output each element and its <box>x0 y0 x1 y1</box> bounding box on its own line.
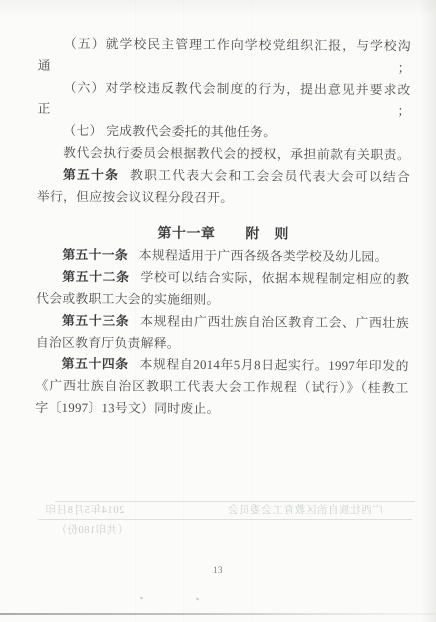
bleed-copies-text: （共印180份） <box>56 525 128 536</box>
scan-speck <box>140 597 144 600</box>
body-line: （五）就学校民主管理工作向学校党组织汇报，与学校沟通； <box>38 34 411 80</box>
bleed-rule-bottom <box>38 519 412 520</box>
article-number: 第五十一条 <box>62 248 128 262</box>
body-line: 第五十三条本规程由广西壮族自治区教育工会、广西壮族 <box>36 310 409 334</box>
body-line-text: 教职工代表大会和工会会员代表大会可以结合 <box>130 168 410 184</box>
article-number: 第五十二条 <box>62 270 129 284</box>
scan-speck <box>196 598 200 601</box>
body-line: 第五十四条本规程自2014年5月8日起实行。1997年印发的 <box>36 354 409 378</box>
body-line: 自治区教育厅负责解释。 <box>36 332 409 356</box>
body-line-text: 本规程自2014年5月8日起实行。1997年印发的 <box>140 358 409 374</box>
body-line: （七） 完成教代会委托的其他任务。 <box>37 121 410 145</box>
scan-streak <box>251 0 252 622</box>
body-line: 第五十一条本规程适用于广西各级各类学校及幼儿园。 <box>36 245 409 269</box>
scanned-document-page: （五）就学校民主管理工作向学校党组织汇报，与学校沟通； （六）对学校违反教代会制… <box>0 0 436 622</box>
page-bottom-edge <box>0 613 436 615</box>
document-body: （五）就学校民主管理工作向学校党组织汇报，与学校沟通； （六）对学校违反教代会制… <box>35 34 411 422</box>
body-line-text: 本规程由广西壮族自治区教育工会、广西壮族 <box>140 314 409 330</box>
body-line: 代会或教职工大会的实施细则。 <box>36 289 409 313</box>
body-line-text: 本规程适用于广西各级各类学校及幼儿园。 <box>139 249 388 265</box>
page-number: 13 <box>0 565 436 575</box>
scan-edge-shadow-right <box>420 0 436 622</box>
bleed-date-text: 2014年5月8日印 <box>45 503 125 519</box>
scan-edge-shadow-top <box>0 0 436 16</box>
body-line-text: 学校可以结合实际，依据本规程制定相应的教 <box>140 271 409 287</box>
chapter-heading: 第十一章附 则 <box>37 223 410 248</box>
body-line: 第五十条教职工代表大会和工会会员代表大会可以结合 <box>37 164 410 188</box>
article-number: 第五十条 <box>63 168 119 182</box>
body-line: 教代会执行委员会根据教代会的授权，承担前款有关职责。 <box>37 143 410 167</box>
body-line: 《广西壮族自治区教职工代表大会工作规程（试行）》（桂教工 <box>35 376 408 400</box>
body-line: 字〔1997〕13号文）同时废止。 <box>35 398 408 422</box>
scan-streak <box>135 0 136 622</box>
chapter-number: 第十一章 <box>157 227 215 242</box>
scan-streak <box>183 0 184 622</box>
body-line: （六）对学校违反教代会制度的行为，提出意见并要求改正； <box>37 77 410 123</box>
article-number: 第五十三条 <box>62 314 129 328</box>
body-line: 举行，但应按会议议程分段召开。 <box>37 186 410 210</box>
body-line: 第五十二条学校可以结合实际，依据本规程制定相应的教 <box>36 267 409 291</box>
bleedthrough-block: 广西壮族自治区教育工会委员会 2014年5月8日印 （共印180份） <box>22 501 418 537</box>
article-number: 第五十四条 <box>62 357 129 371</box>
